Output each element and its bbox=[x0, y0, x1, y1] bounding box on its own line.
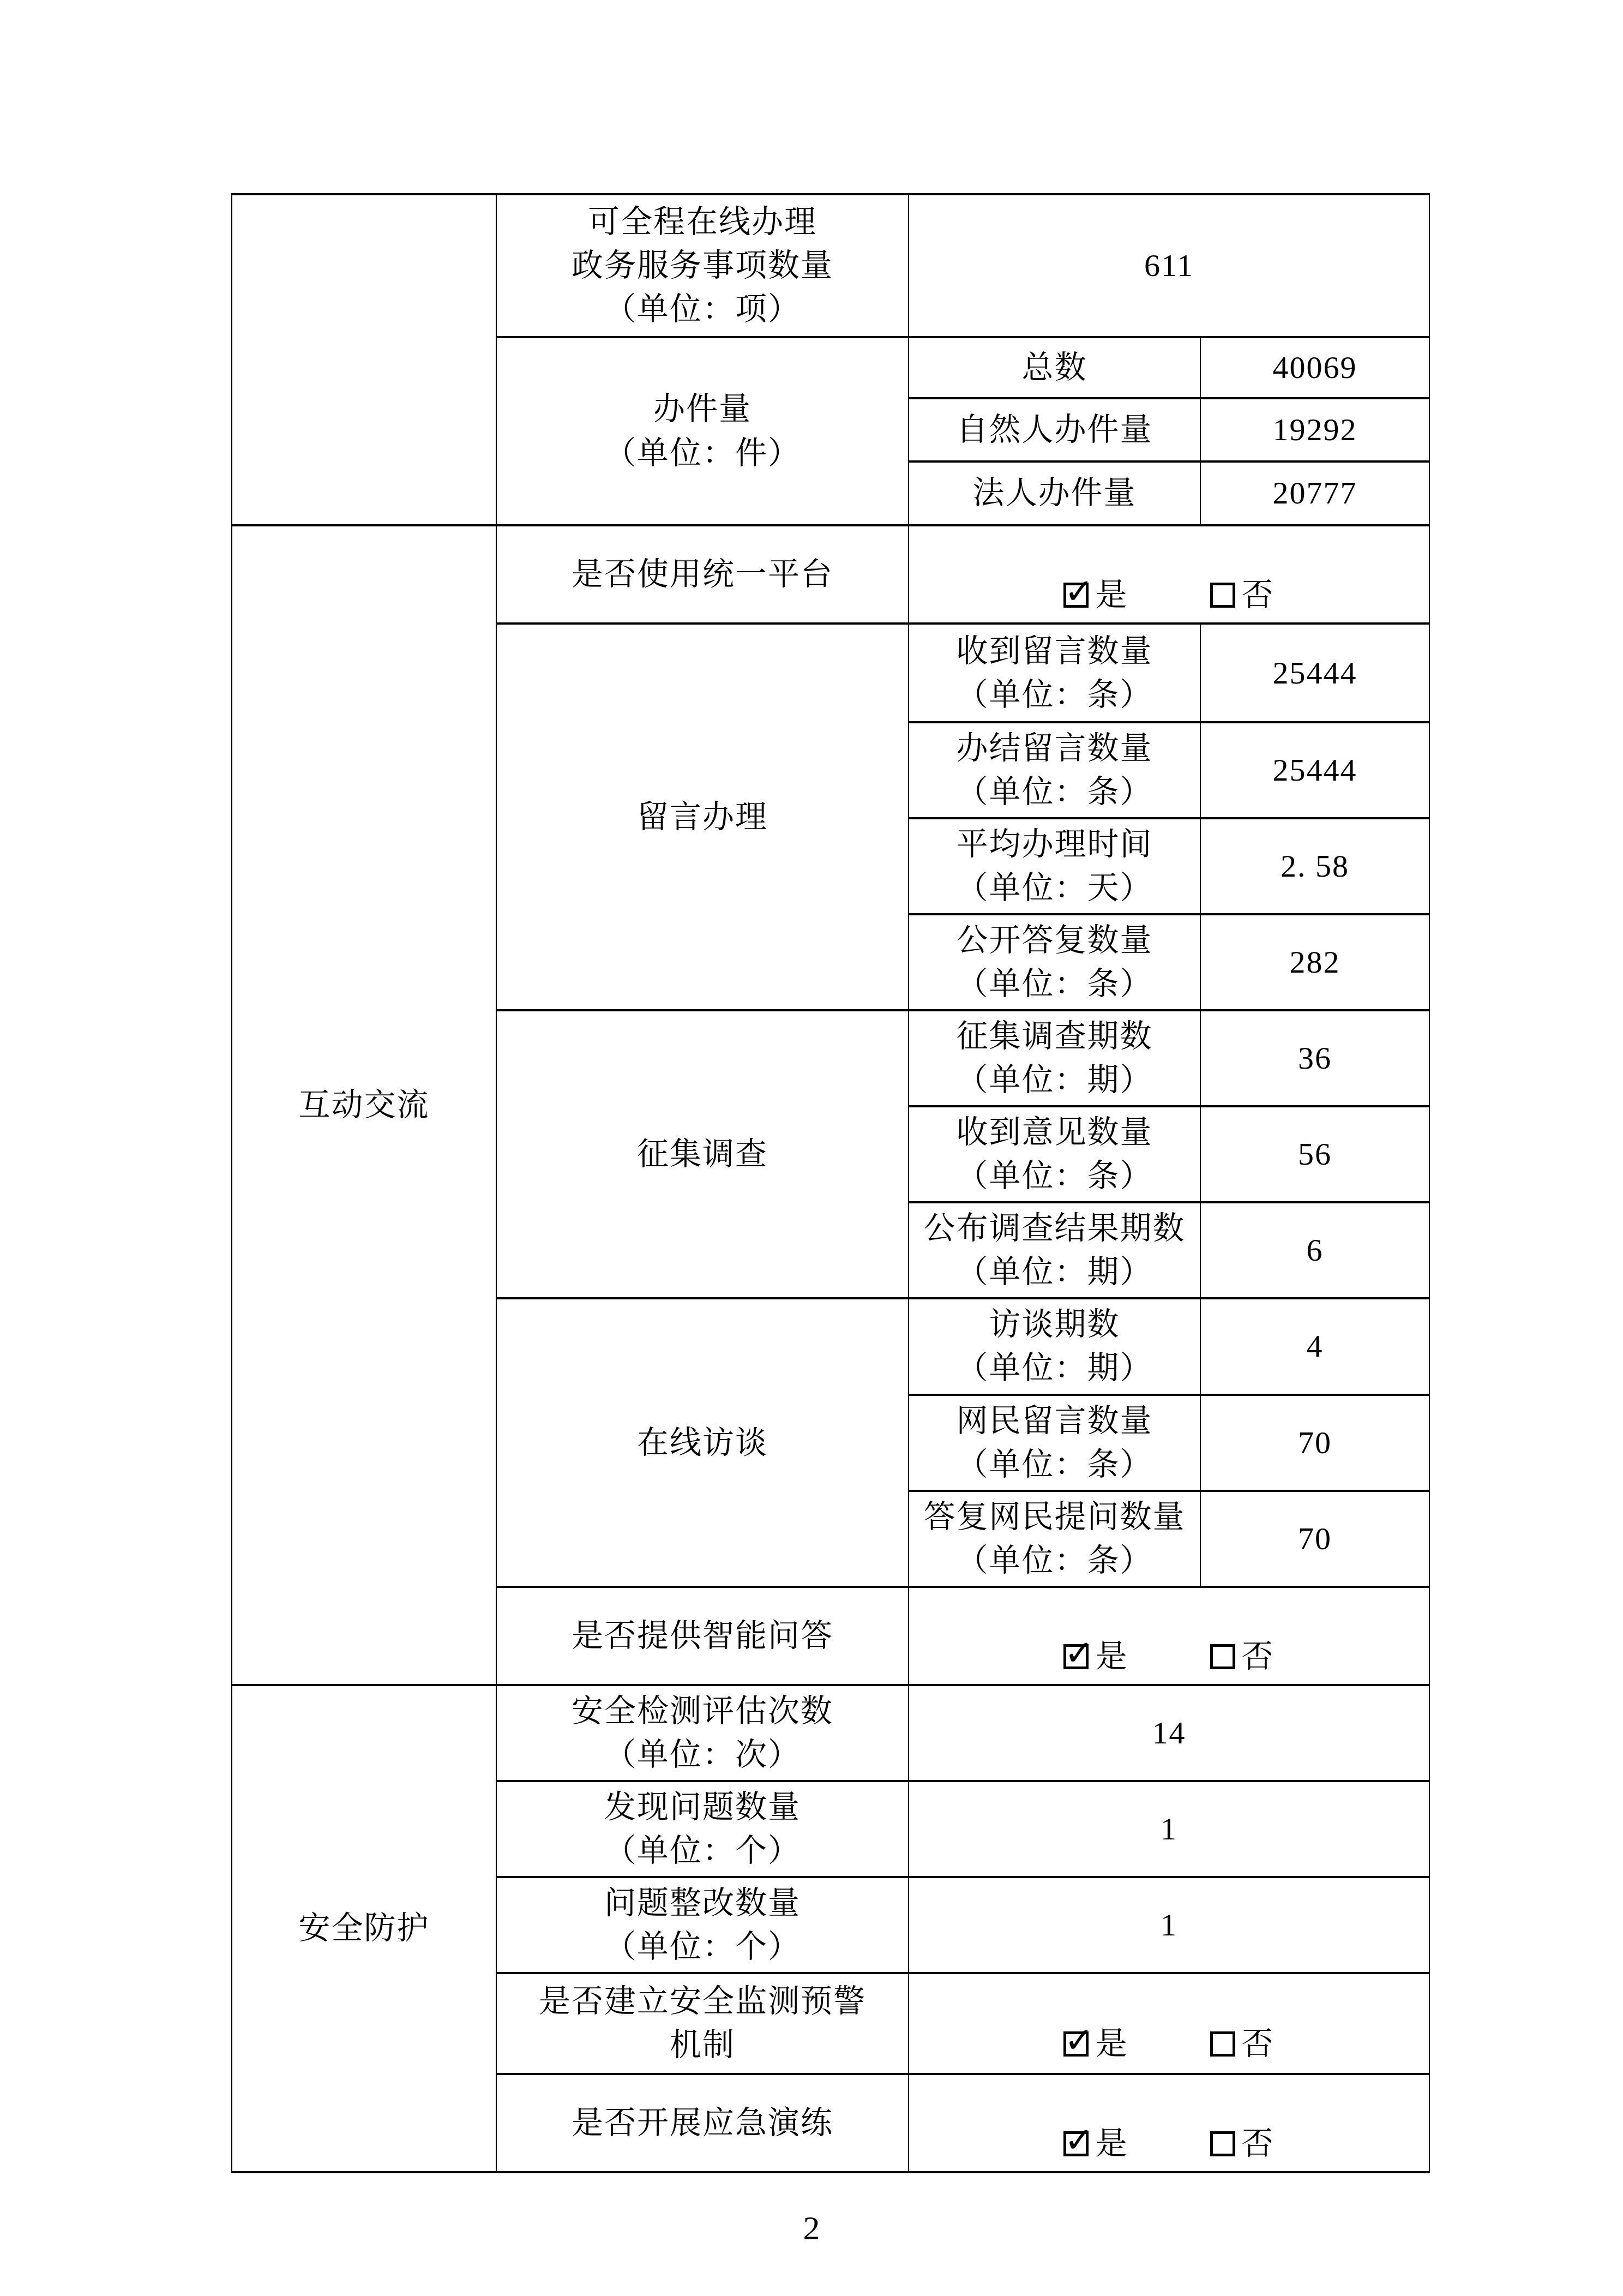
no-label: 否 bbox=[1242, 573, 1275, 617]
no-label: 否 bbox=[1242, 2022, 1275, 2066]
no-option: 否 bbox=[1210, 1635, 1275, 1678]
checkbox-checked-icon bbox=[1063, 2131, 1089, 2156]
label-emergency-drill: 是否开展应急演练 bbox=[496, 2074, 909, 2172]
value-survey-periods: 36 bbox=[1200, 1010, 1429, 1106]
annual-report-table: 可全程在线办理 政务服务事项数量 （单位：项） 611 办件量 （单位：件） 总… bbox=[231, 193, 1430, 2173]
category-cell-blank bbox=[232, 194, 496, 525]
value-legal-person: 20777 bbox=[1200, 461, 1429, 525]
report-page: 可全程在线办理 政务服务事项数量 （单位：项） 611 办件量 （单位：件） 总… bbox=[0, 0, 1623, 2296]
metric-public-replies: 公开答复数量 （单位：条） bbox=[909, 914, 1200, 1010]
no-label: 否 bbox=[1242, 2122, 1275, 2166]
checkbox-empty-icon bbox=[1210, 2131, 1235, 2156]
page-number: 2 bbox=[0, 2209, 1623, 2248]
yes-label: 是 bbox=[1095, 573, 1128, 617]
metric-natural-person: 自然人办件量 bbox=[909, 398, 1200, 461]
checkbox-empty-icon bbox=[1210, 583, 1235, 608]
value-average-handling-time: 2. 58 bbox=[1200, 818, 1429, 914]
yes-option: 是 bbox=[1063, 2022, 1128, 2066]
label-online-interview: 在线访谈 bbox=[496, 1298, 909, 1586]
yesno-monitoring-warning: 是 否 bbox=[909, 1973, 1429, 2074]
label-unified-platform: 是否使用统一平台 bbox=[496, 525, 909, 624]
yes-option: 是 bbox=[1063, 2122, 1128, 2166]
yesno-smart-qa: 是 否 bbox=[909, 1587, 1429, 1685]
value-total: 40069 bbox=[1200, 337, 1429, 398]
value-problems-rectified: 1 bbox=[909, 1877, 1429, 1973]
checkbox-checked-icon bbox=[1063, 2031, 1089, 2057]
checkbox-empty-icon bbox=[1210, 1644, 1235, 1669]
no-option: 否 bbox=[1210, 2022, 1275, 2066]
yes-label: 是 bbox=[1095, 2022, 1128, 2066]
checkbox-checked-icon bbox=[1063, 583, 1089, 608]
value-messages-received: 25444 bbox=[1200, 624, 1429, 722]
label-problems-found: 发现问题数量 （单位：个） bbox=[496, 1781, 909, 1877]
no-label: 否 bbox=[1242, 1635, 1275, 1678]
yes-option: 是 bbox=[1063, 573, 1128, 617]
yes-label: 是 bbox=[1095, 2122, 1128, 2166]
value-security-assessments: 14 bbox=[909, 1685, 1429, 1781]
metric-messages-received: 收到留言数量 （单位：条） bbox=[909, 624, 1200, 722]
label-solicitation-survey: 征集调查 bbox=[496, 1010, 909, 1298]
metric-survey-results-published: 公布调查结果期数 （单位：期） bbox=[909, 1202, 1200, 1298]
label-case-volume: 办件量 （单位：件） bbox=[496, 337, 909, 525]
value-online-service-items: 611 bbox=[909, 194, 1429, 337]
metric-interview-periods: 访谈期数 （单位：期） bbox=[909, 1298, 1200, 1394]
metric-legal-person: 法人办件量 bbox=[909, 461, 1200, 525]
checkbox-empty-icon bbox=[1210, 2031, 1235, 2057]
checkbox-checked-icon bbox=[1063, 1644, 1089, 1669]
no-option: 否 bbox=[1210, 2122, 1275, 2166]
value-natural-person: 19292 bbox=[1200, 398, 1429, 461]
metric-survey-periods: 征集调查期数 （单位：期） bbox=[909, 1010, 1200, 1106]
label-online-service-items: 可全程在线办理 政务服务事项数量 （单位：项） bbox=[496, 194, 909, 337]
value-interview-periods: 4 bbox=[1200, 1298, 1429, 1394]
value-opinions-received: 56 bbox=[1200, 1106, 1429, 1202]
yesno-unified-platform: 是 否 bbox=[909, 525, 1429, 624]
value-netizen-messages: 70 bbox=[1200, 1395, 1429, 1491]
category-cell-security: 安全防护 bbox=[232, 1685, 496, 2172]
label-security-assessments: 安全检测评估次数 （单位：次） bbox=[496, 1685, 909, 1781]
yes-label: 是 bbox=[1095, 1635, 1128, 1678]
value-problems-found: 1 bbox=[909, 1781, 1429, 1877]
label-message-handling: 留言办理 bbox=[496, 624, 909, 1010]
metric-messages-resolved: 办结留言数量 （单位：条） bbox=[909, 722, 1200, 818]
value-questions-answered: 70 bbox=[1200, 1491, 1429, 1587]
value-messages-resolved: 25444 bbox=[1200, 722, 1429, 818]
value-survey-results-published: 6 bbox=[1200, 1202, 1429, 1298]
yesno-emergency-drill: 是 否 bbox=[909, 2074, 1429, 2172]
yes-option: 是 bbox=[1063, 1635, 1128, 1678]
metric-average-handling-time: 平均办理时间 （单位：天） bbox=[909, 818, 1200, 914]
label-monitoring-warning-mechanism: 是否建立安全监测预警 机制 bbox=[496, 1973, 909, 2074]
metric-total: 总数 bbox=[909, 337, 1200, 398]
metric-questions-answered: 答复网民提问数量 （单位：条） bbox=[909, 1491, 1200, 1587]
no-option: 否 bbox=[1210, 573, 1275, 617]
metric-opinions-received: 收到意见数量 （单位：条） bbox=[909, 1106, 1200, 1202]
label-smart-qa: 是否提供智能问答 bbox=[496, 1587, 909, 1685]
label-problems-rectified: 问题整改数量 （单位：个） bbox=[496, 1877, 909, 1973]
metric-netizen-messages: 网民留言数量 （单位：条） bbox=[909, 1395, 1200, 1491]
value-public-replies: 282 bbox=[1200, 914, 1429, 1010]
category-cell-interaction: 互动交流 bbox=[232, 525, 496, 1685]
